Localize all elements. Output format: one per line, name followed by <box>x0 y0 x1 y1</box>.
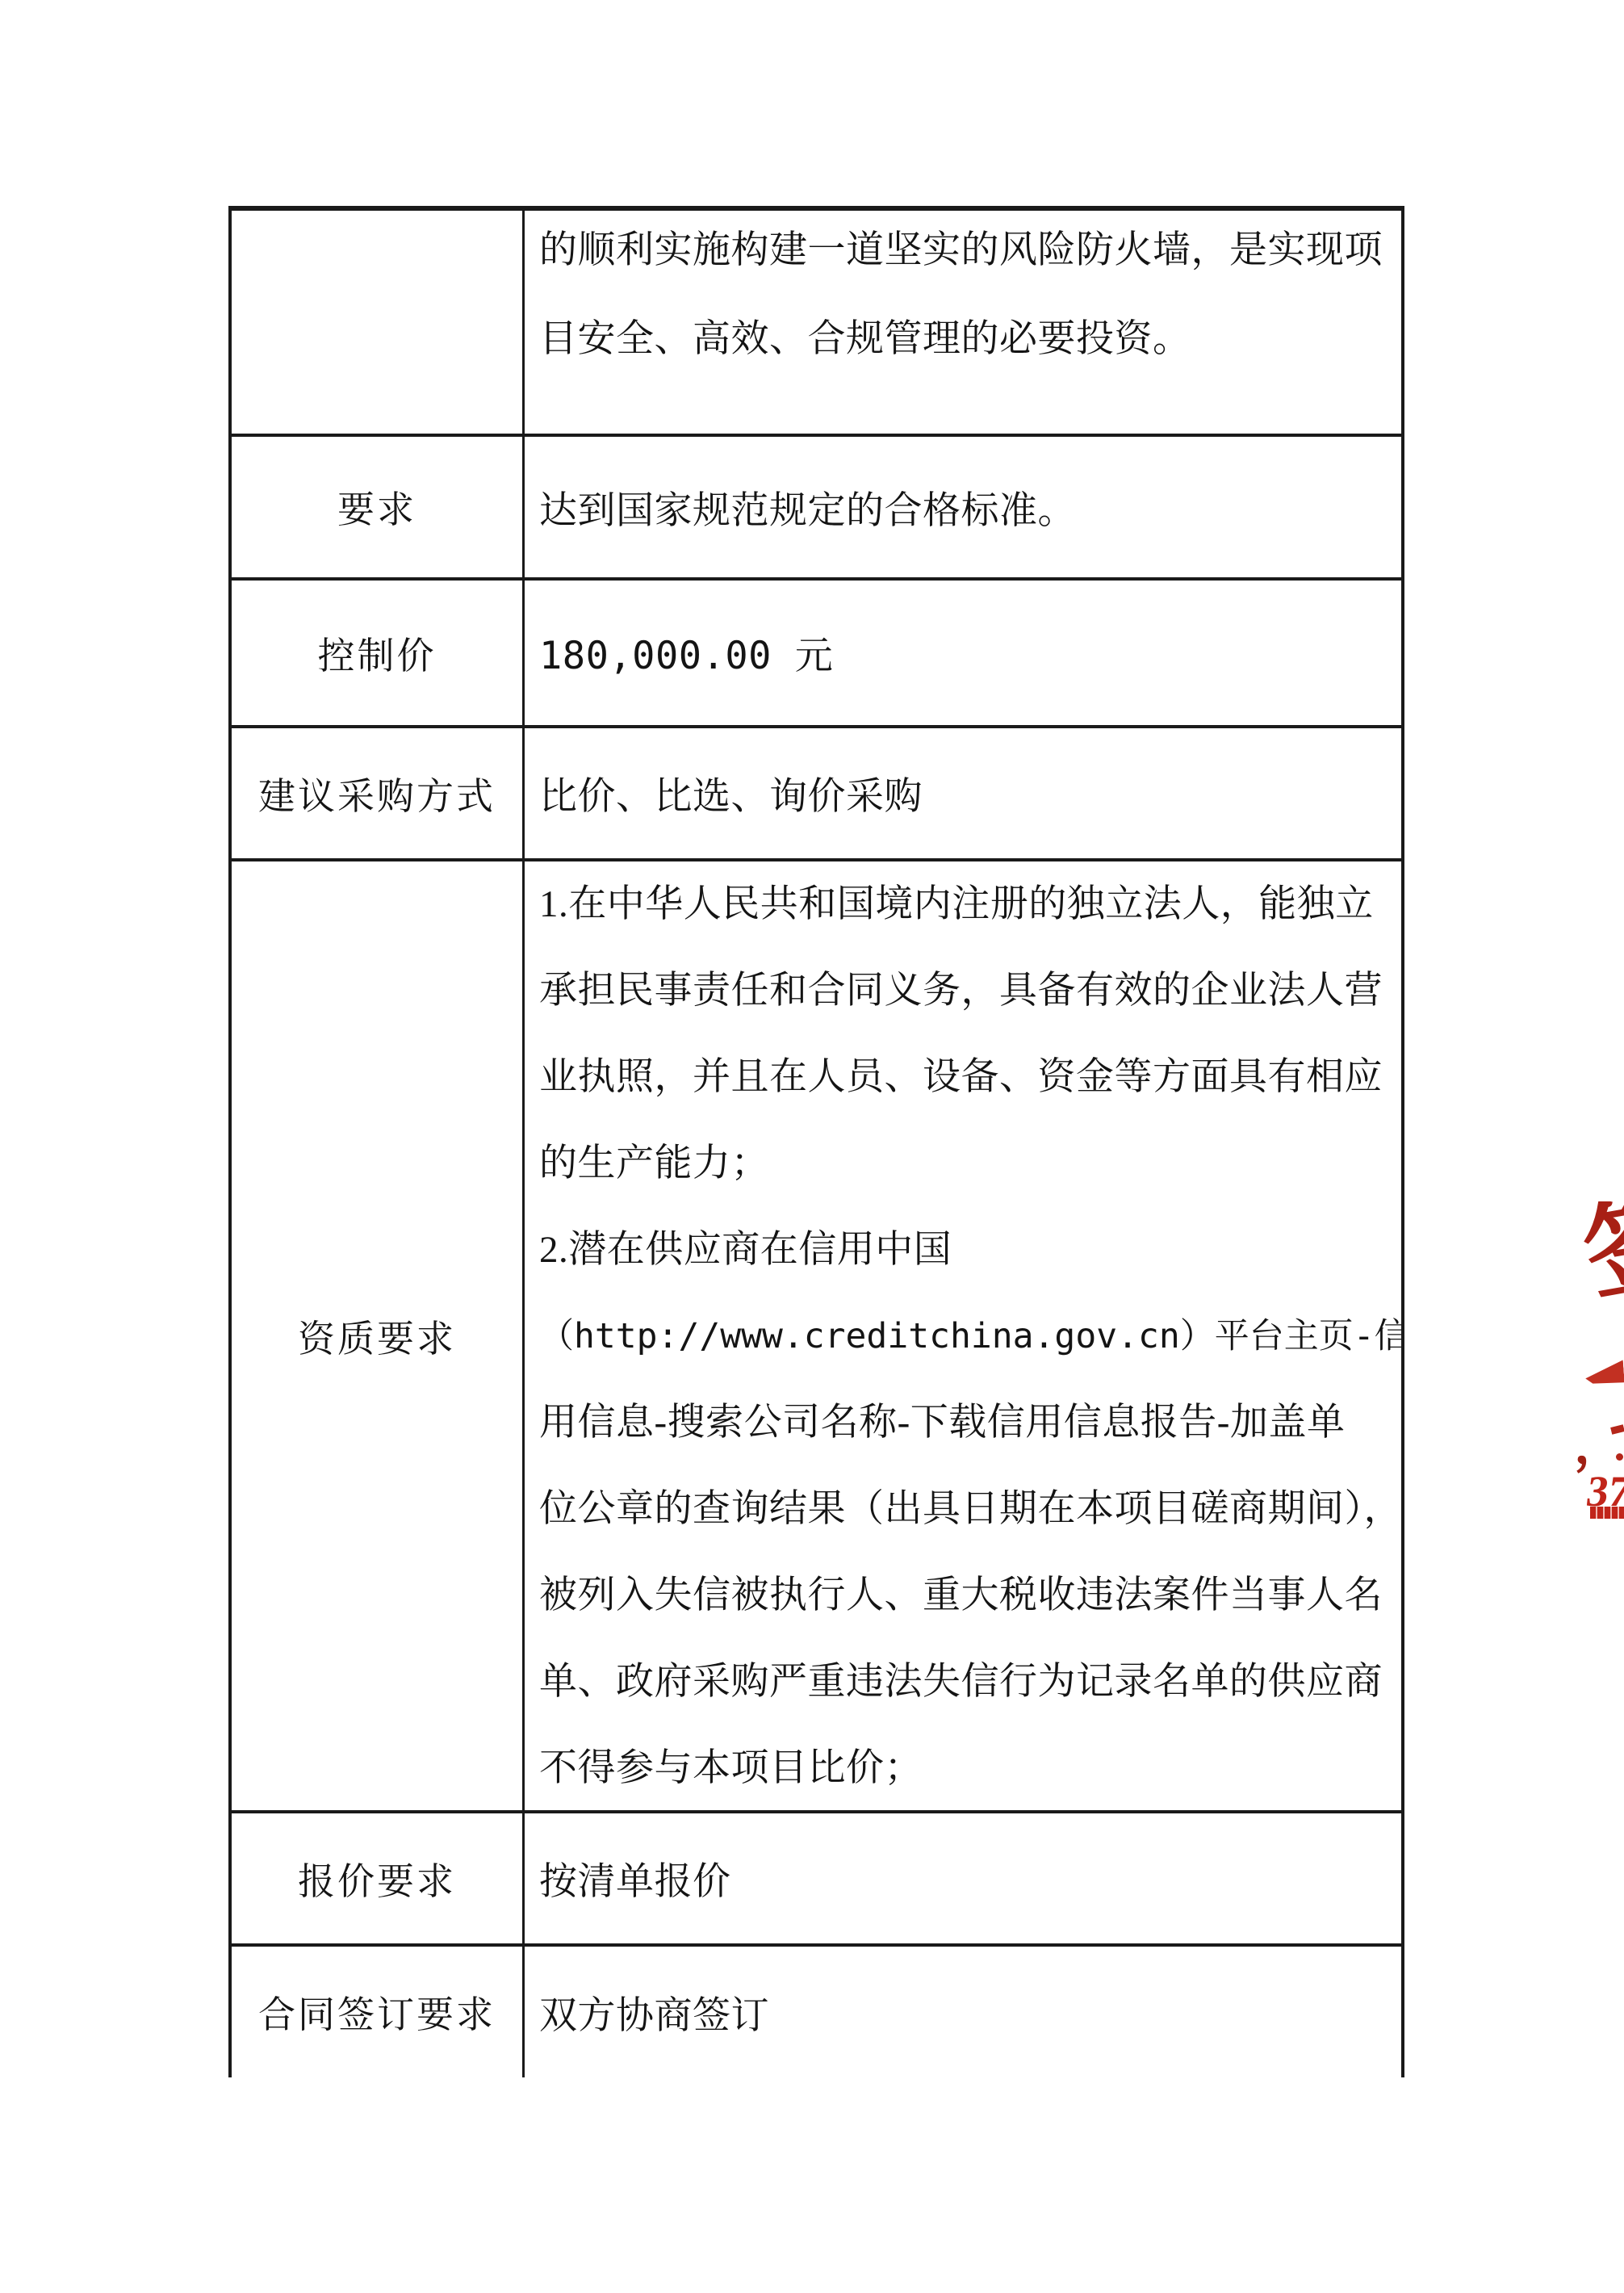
row-value: 180,000.00 元 <box>525 581 1401 725</box>
row-label: 资质要求 <box>232 861 525 1810</box>
table-row: 的顺利实施构建一道坚实的风险防火墙，是实现项 目安全、高效、合规管理的必要投资。 <box>232 211 1401 437</box>
text-line: 业执照，并且在人员、设备、资金等方面具有相应 <box>539 1034 1395 1121</box>
text-line: 2.潜在供应商在信用中国 <box>539 1207 1395 1293</box>
stamp-wedge-mark <box>1584 1360 1624 1390</box>
text-line: 单、政府采购严重违法失信行为记录名单的供应商 <box>539 1639 1395 1725</box>
table-row: 要求 达到国家规范规定的合格标准。 <box>232 437 1401 581</box>
text-line: 位公章的查询结果（出具日期在本项目磋商期间）， <box>539 1466 1395 1553</box>
row-value: 按清单报价 <box>525 1813 1401 1943</box>
text-line: 的生产能力； <box>539 1121 1395 1207</box>
scanned-document-page: 的顺利实施构建一道坚实的风险防火墙，是实现项 目安全、高效、合规管理的必要投资。… <box>0 0 1624 2293</box>
table-row: 控制价 180,000.00 元 <box>232 581 1401 728</box>
stamp-small-dot <box>1616 1453 1623 1461</box>
row-value: 双方协商签订 <box>525 1947 1401 2077</box>
row-label: 报价要求 <box>232 1813 525 1943</box>
text-line: 被列入失信被执行人、重大税收违法案件当事人名 <box>539 1553 1395 1639</box>
text-line: 的顺利实施构建一道坚实的风险防火墙，是实现项 <box>539 206 1395 295</box>
text-line: 承担民事责任和合同义务，具备有效的企业法人营 <box>539 948 1395 1034</box>
table-row: 报价要求 按清单报价 <box>232 1813 1401 1947</box>
table-row: 建议采购方式 比价、比选、询价采购 <box>232 728 1401 861</box>
text-line: 不得参与本项目比价； <box>539 1725 1395 1810</box>
procurement-requirements-table: 的顺利实施构建一道坚实的风险防火墙，是实现项 目安全、高效、合规管理的必要投资。… <box>228 206 1404 2077</box>
row-label: 合同签订要求 <box>232 1947 525 2077</box>
stamp-band-fragment <box>1590 1507 1624 1519</box>
table-row: 合同签订要求 双方协商签订 <box>232 1947 1401 2077</box>
text-line: 用信息-搜索公司名称-下载信用信息报告-加盖单 <box>539 1380 1395 1466</box>
row-label: 控制价 <box>232 581 525 725</box>
row-value: 达到国家规范规定的合格标准。 <box>525 437 1401 577</box>
text-line: 目安全、高效、合规管理的必要投资。 <box>539 295 1395 384</box>
row-label <box>232 211 525 434</box>
row-label: 建议采购方式 <box>232 728 525 858</box>
row-value: 比价、比选、询价采购 <box>525 728 1401 858</box>
row-value: 的顺利实施构建一道坚实的风险防火墙，是实现项 目安全、高效、合规管理的必要投资。 <box>525 206 1401 434</box>
text-line: 1.在中华人民共和国境内注册的独立法人，能独立 <box>539 861 1395 948</box>
table-row: 资质要求 1.在中华人民共和国境内注册的独立法人，能独立 承担民事责任和合同义务… <box>232 861 1401 1813</box>
stamp-glyph: 签 <box>1577 1201 1624 1310</box>
row-label: 要求 <box>232 437 525 577</box>
text-line-url: （http://www.creditchina.gov.cn）平台主页-信 <box>539 1293 1395 1380</box>
row-value: 1.在中华人民共和国境内注册的独立法人，能独立 承担民事责任和合同义务，具备有效… <box>525 861 1401 1810</box>
stamp-character-fragment: 签 <box>1577 1201 1624 1323</box>
